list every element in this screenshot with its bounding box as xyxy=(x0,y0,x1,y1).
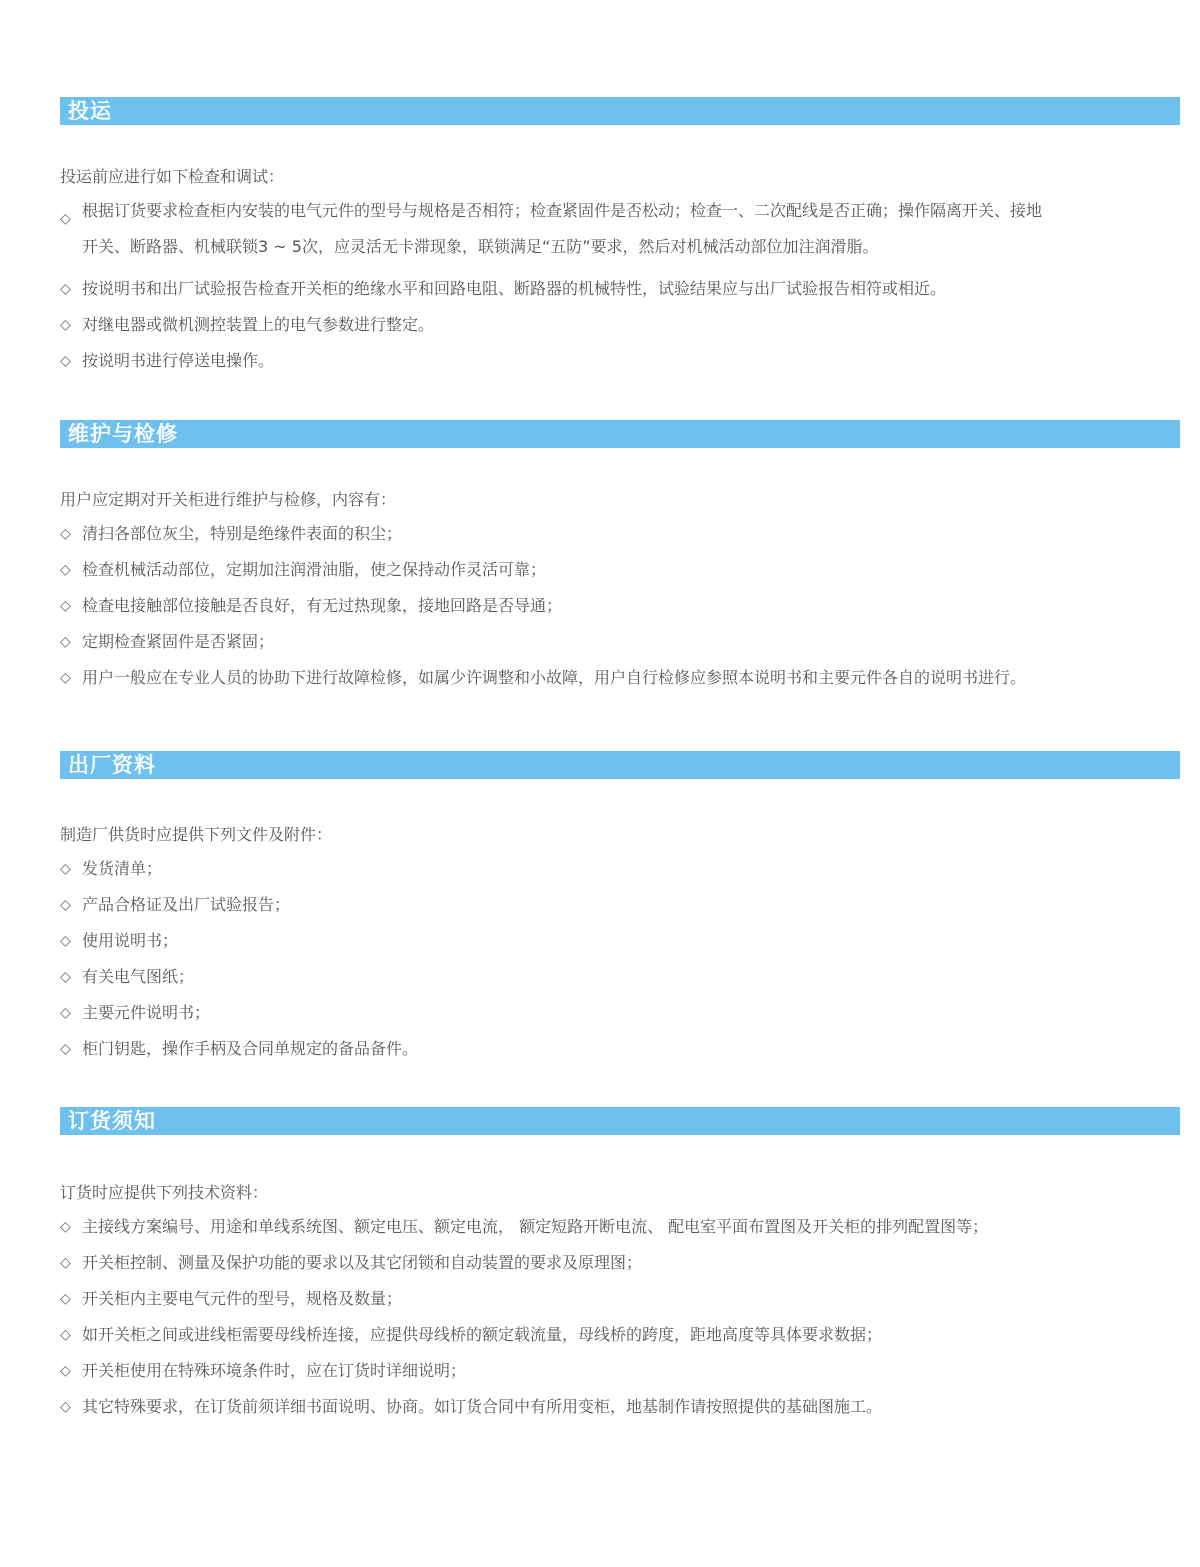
list-item-text-line1: 根据订货要求检查柜内安装的电气元件的型号与规格是否相符；检查紧固件是否松动；检查… xyxy=(82,193,1180,229)
list-item-text: 如开关柜之间或进线柜需要母线桥连接，应提供母线桥的额定载流量，母线桥的跨度，距地… xyxy=(82,1325,882,1344)
list-item-text-line2: 开关、断路器、机械联锁3 ~ 5次，应灵活无卡滞现象，联锁满足“五防”要求，然后… xyxy=(82,229,1180,265)
list-item: ◇ 开关柜使用在特殊环境条件时，应在订货时详细说明； xyxy=(60,1353,1180,1389)
section-title: 维护与检修 xyxy=(68,420,178,448)
list-item-text: 检查机械活动部位，定期加注润滑油脂，使之保持动作灵活可靠； xyxy=(82,560,546,579)
list-item-text: 有关电气图纸； xyxy=(82,967,194,986)
list-item-text: 按说明书和出厂试验报告检查开关柜的绝缘水平和回路电阻、断路器的机械特性，试验结果… xyxy=(82,279,946,298)
section-title: 订货须知 xyxy=(68,1107,156,1135)
diamond-bullet-icon: ◇ xyxy=(60,1245,71,1281)
list-item-text: 产品合格证及出厂试验报告； xyxy=(82,895,290,914)
section-title: 出厂资料 xyxy=(68,751,156,779)
list-item-text: 按说明书进行停送电操作。 xyxy=(82,351,274,370)
list-item: ◇ 其它特殊要求，在订货前须详细书面说明、协商。如订货合同中有所用变柜，地基制作… xyxy=(60,1389,1180,1425)
diamond-bullet-icon: ◇ xyxy=(60,1209,71,1245)
list-item-text: 主接线方案编号、用途和单线系统图、额定电压、额定电流， 额定短路开断电流、 配电… xyxy=(82,1217,988,1236)
section-header-bar: 投运 xyxy=(60,97,1180,125)
section-header-bar: 维护与检修 xyxy=(60,420,1180,448)
diamond-bullet-icon: ◇ xyxy=(60,201,71,237)
list-item-text: 发货清单； xyxy=(82,859,162,878)
list-item: ◇ 用户一般应在专业人员的协助下进行故障检修，如属少许调整和小故障，用户自行检修… xyxy=(60,660,1180,696)
list-item: ◇ 开关柜内主要电气元件的型号，规格及数量； xyxy=(60,1281,1180,1317)
diamond-bullet-icon: ◇ xyxy=(60,588,71,624)
diamond-bullet-icon: ◇ xyxy=(60,516,71,552)
list-item-text: 用户一般应在专业人员的协助下进行故障检修，如属少许调整和小故障，用户自行检修应参… xyxy=(82,668,1026,687)
list-item-text: 柜门钥匙，操作手柄及合同单规定的备品备件。 xyxy=(82,1039,418,1058)
section-intro: 用户应定期对开关柜进行维护与检修，内容有： xyxy=(60,490,1180,510)
section-header-bar: 出厂资料 xyxy=(60,751,1180,779)
section-ordering-notes: 订货须知 订货时应提供下列技术资料： ◇ 主接线方案编号、用途和单线系统图、额定… xyxy=(60,1107,1180,1425)
list-item-text: 开关柜使用在特殊环境条件时，应在订货时详细说明； xyxy=(82,1361,466,1380)
diamond-bullet-icon: ◇ xyxy=(60,1031,71,1067)
list-item-text: 主要元件说明书； xyxy=(82,1003,210,1022)
list-item: ◇ 检查机械活动部位，定期加注润滑油脂，使之保持动作灵活可靠； xyxy=(60,552,1180,588)
diamond-bullet-icon: ◇ xyxy=(60,271,71,307)
list-item: ◇ 主接线方案编号、用途和单线系统图、额定电压、额定电流， 额定短路开断电流、 … xyxy=(60,1209,1180,1245)
diamond-bullet-icon: ◇ xyxy=(60,307,71,343)
list-item: ◇ 对继电器或微机测控装置上的电气参数进行整定。 xyxy=(60,307,1180,343)
list-item-text: 开关柜内主要电气元件的型号，规格及数量； xyxy=(82,1289,402,1308)
diamond-bullet-icon: ◇ xyxy=(60,995,71,1031)
list-item-text: 开关柜控制、测量及保护功能的要求以及其它闭锁和自动装置的要求及原理图； xyxy=(82,1253,642,1272)
list-item: ◇ 定期检查紧固件是否紧固； xyxy=(60,624,1180,660)
list-item: ◇ 有关电气图纸； xyxy=(60,959,1180,995)
diamond-bullet-icon: ◇ xyxy=(60,660,71,696)
list-item: ◇ 按说明书和出厂试验报告检查开关柜的绝缘水平和回路电阻、断路器的机械特性，试验… xyxy=(60,271,1180,307)
section-commissioning: 投运 投运前应进行如下检查和调试： ◇ 根据订货要求检查柜内安装的电气元件的型号… xyxy=(60,97,1180,379)
list-item: ◇ 发货清单； xyxy=(60,851,1180,887)
list-item-text: 定期检查紧固件是否紧固； xyxy=(82,632,274,651)
list-item-text: 检查电接触部位接触是否良好，有无过热现象，接地回路是否导通； xyxy=(82,596,562,615)
list-item: ◇ 检查电接触部位接触是否良好，有无过热现象，接地回路是否导通； xyxy=(60,588,1180,624)
section-header-bar: 订货须知 xyxy=(60,1107,1180,1135)
section-title: 投运 xyxy=(68,97,112,125)
diamond-bullet-icon: ◇ xyxy=(60,343,71,379)
diamond-bullet-icon: ◇ xyxy=(60,851,71,887)
list-item: ◇ 如开关柜之间或进线柜需要母线桥连接，应提供母线桥的额定载流量，母线桥的跨度，… xyxy=(60,1317,1180,1353)
list-item: ◇ 按说明书进行停送电操作。 xyxy=(60,343,1180,379)
section-maintenance: 维护与检修 用户应定期对开关柜进行维护与检修，内容有： ◇ 清扫各部位灰尘，特别… xyxy=(60,420,1180,696)
list-item: ◇ 开关柜控制、测量及保护功能的要求以及其它闭锁和自动装置的要求及原理图； xyxy=(60,1245,1180,1281)
list-item: ◇ 使用说明书； xyxy=(60,923,1180,959)
section-intro: 订货时应提供下列技术资料： xyxy=(60,1183,1180,1203)
diamond-bullet-icon: ◇ xyxy=(60,1389,71,1425)
diamond-bullet-icon: ◇ xyxy=(60,1281,71,1317)
list-item: ◇ 产品合格证及出厂试验报告； xyxy=(60,887,1180,923)
diamond-bullet-icon: ◇ xyxy=(60,923,71,959)
diamond-bullet-icon: ◇ xyxy=(60,624,71,660)
list-item-text: 清扫各部位灰尘，特别是绝缘件表面的积尘； xyxy=(82,524,402,543)
diamond-bullet-icon: ◇ xyxy=(60,887,71,923)
list-item-text: 其它特殊要求，在订货前须详细书面说明、协商。如订货合同中有所用变柜，地基制作请按… xyxy=(82,1397,882,1416)
list-item: ◇ 主要元件说明书； xyxy=(60,995,1180,1031)
list-item-text: 对继电器或微机测控装置上的电气参数进行整定。 xyxy=(82,315,434,334)
diamond-bullet-icon: ◇ xyxy=(60,1317,71,1353)
section-intro: 制造厂供货时应提供下列文件及附件： xyxy=(60,825,1180,845)
list-item: ◇ 柜门钥匙，操作手柄及合同单规定的备品备件。 xyxy=(60,1031,1180,1067)
list-item: ◇ 根据订货要求检查柜内安装的电气元件的型号与规格是否相符；检查紧固件是否松动；… xyxy=(60,193,1180,265)
diamond-bullet-icon: ◇ xyxy=(60,1353,71,1389)
list-item-text: 使用说明书； xyxy=(82,931,178,950)
section-intro: 投运前应进行如下检查和调试： xyxy=(60,167,1180,187)
diamond-bullet-icon: ◇ xyxy=(60,959,71,995)
diamond-bullet-icon: ◇ xyxy=(60,552,71,588)
list-item: ◇ 清扫各部位灰尘，特别是绝缘件表面的积尘； xyxy=(60,516,1180,552)
section-factory-documents: 出厂资料 制造厂供货时应提供下列文件及附件： ◇ 发货清单； ◇ 产品合格证及出… xyxy=(60,751,1180,1067)
